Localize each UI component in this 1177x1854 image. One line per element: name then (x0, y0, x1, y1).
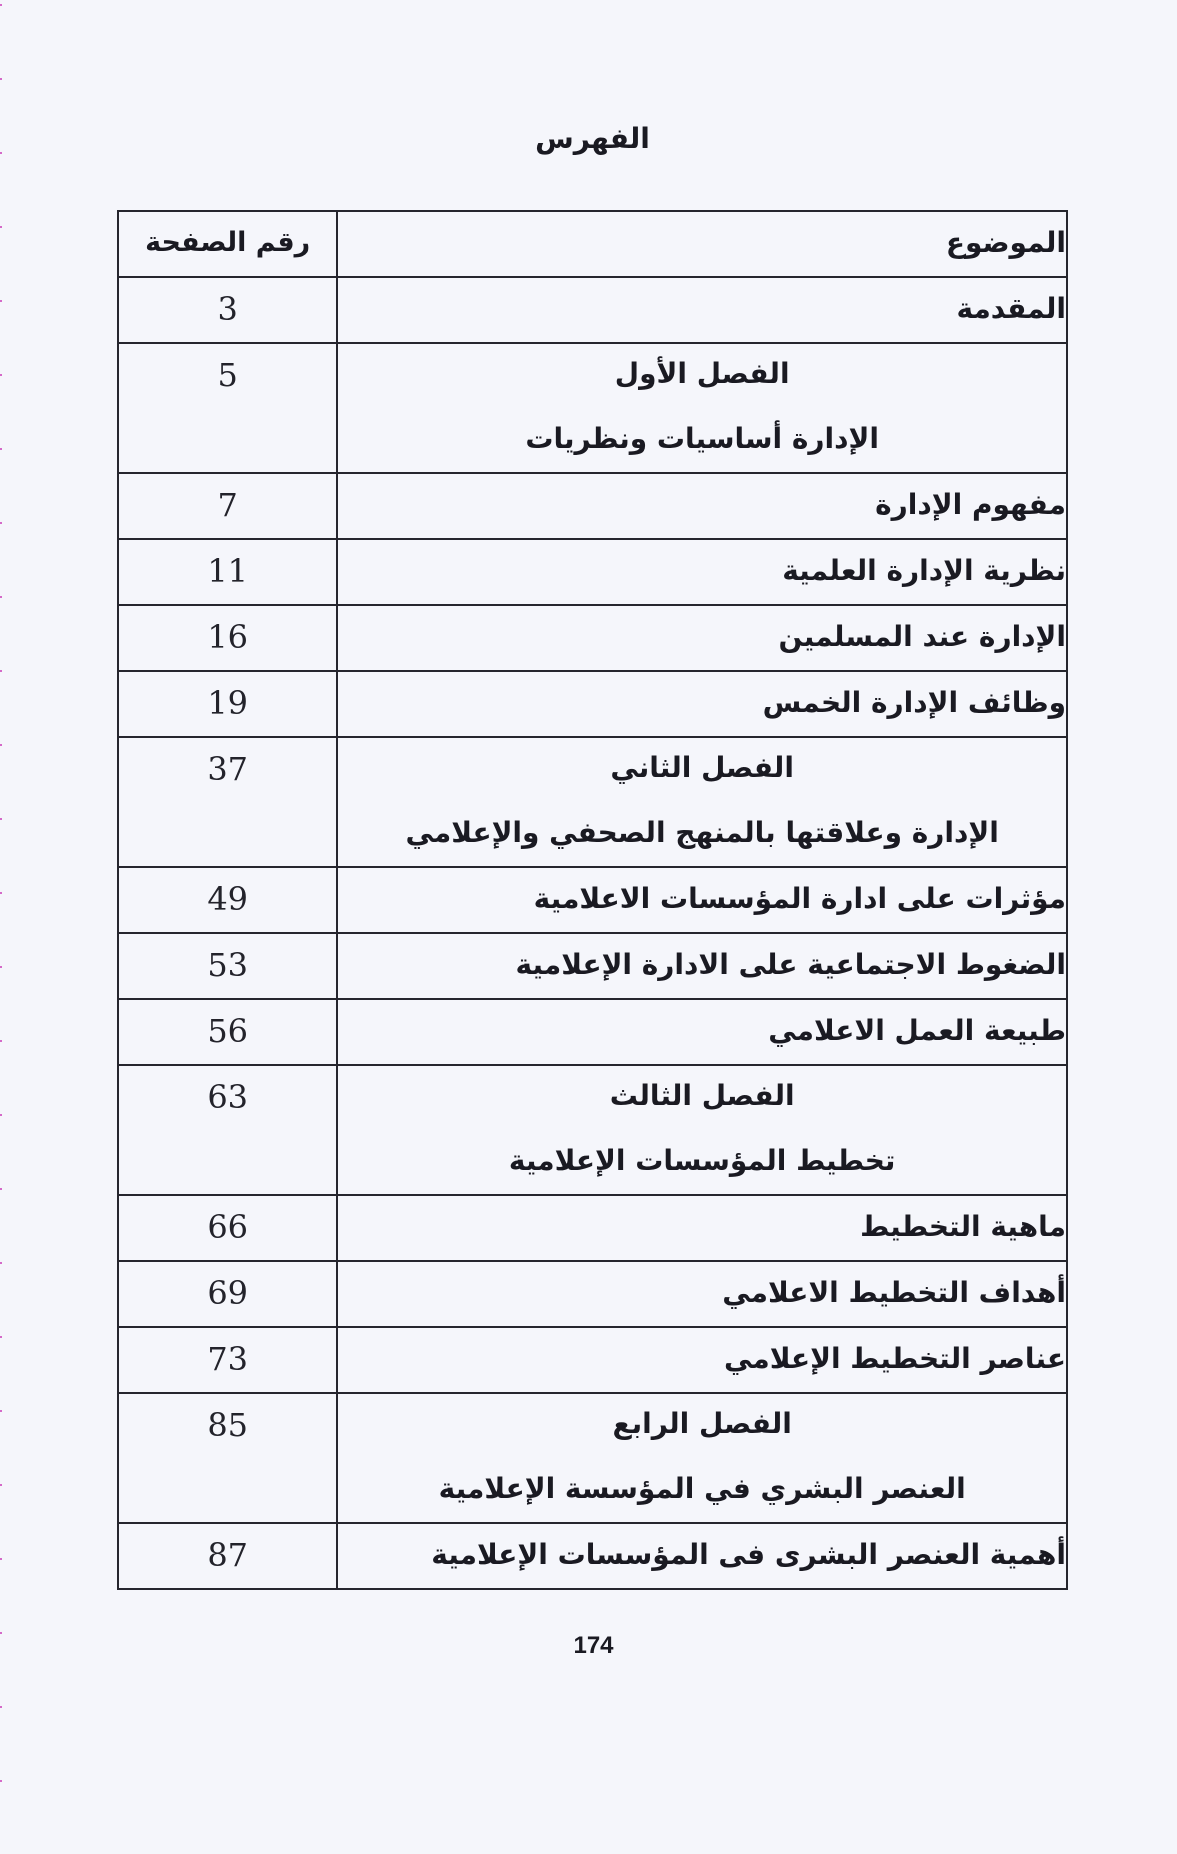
table-row: أهداف التخطيط الاعلامي 69 (118, 1261, 1067, 1327)
scan-edge-mark (0, 4, 2, 6)
scan-edge-mark (0, 448, 2, 450)
scan-edge-mark (0, 892, 2, 894)
topic-cell: الإدارة عند المسلمين (337, 605, 1067, 671)
scan-edge-mark (0, 300, 2, 302)
chapter-label: الفصل الأول (338, 344, 1066, 408)
chapter-cell: الفصل الثالث تخطيط المؤسسات الإعلامية (337, 1065, 1067, 1195)
page-cell: 87 (118, 1523, 337, 1589)
topic-cell: عناصر التخطيط الإعلامي (337, 1327, 1067, 1393)
page-cell: 56 (118, 999, 337, 1065)
scan-edge-mark (0, 522, 2, 524)
scan-edge-mark (0, 374, 2, 376)
chapter-cell: الفصل الثاني الإدارة وعلاقتها بالمنهج ال… (337, 737, 1067, 867)
chapter-row: الفصل الثالث تخطيط المؤسسات الإعلامية 63 (118, 1065, 1067, 1195)
topic-cell: طبيعة العمل الاعلامي (337, 999, 1067, 1065)
page-cell: 69 (118, 1261, 337, 1327)
scan-edge-mark (0, 78, 2, 80)
scan-edge-mark (0, 1706, 2, 1708)
table-row: عناصر التخطيط الإعلامي 73 (118, 1327, 1067, 1393)
topic-cell: الضغوط الاجتماعية على الادارة الإعلامية (337, 933, 1067, 999)
scan-edge-mark (0, 1040, 2, 1042)
chapter-title: العنصر البشري في المؤسسة الإعلامية (338, 1458, 1066, 1522)
scan-edge-mark (0, 1336, 2, 1338)
scan-edge-mark (0, 1410, 2, 1412)
column-header-topic: الموضوع (337, 211, 1067, 277)
chapter-title: تخطيط المؤسسات الإعلامية (338, 1130, 1066, 1194)
page-cell: 5 (118, 343, 337, 473)
topic-cell: أهداف التخطيط الاعلامي (337, 1261, 1067, 1327)
chapter-label: الفصل الثاني (338, 738, 1066, 802)
chapter-title: الإدارة أساسيات ونظريات (338, 408, 1066, 472)
topic-cell: مفهوم الإدارة (337, 473, 1067, 539)
chapter-cell: الفصل الرابع العنصر البشري في المؤسسة ال… (337, 1393, 1067, 1523)
page-cell: 3 (118, 277, 337, 343)
page-cell: 37 (118, 737, 337, 867)
scan-edge-mark (0, 818, 2, 820)
page-cell: 11 (118, 539, 337, 605)
scan-edge-mark (0, 226, 2, 228)
chapter-cell: الفصل الأول الإدارة أساسيات ونظريات (337, 343, 1067, 473)
table-row: مؤثرات على ادارة المؤسسات الاعلامية 49 (118, 867, 1067, 933)
scan-edge-mark (0, 1262, 2, 1264)
chapter-row: الفصل الثاني الإدارة وعلاقتها بالمنهج ال… (118, 737, 1067, 867)
table-row: الإدارة عند المسلمين 16 (118, 605, 1067, 671)
page-cell: 7 (118, 473, 337, 539)
page-title: الفهرس (0, 122, 1177, 155)
page-cell: 73 (118, 1327, 337, 1393)
scan-edge-mark (0, 596, 2, 598)
page-cell: 53 (118, 933, 337, 999)
table-row: الضغوط الاجتماعية على الادارة الإعلامية … (118, 933, 1067, 999)
page-cell: 16 (118, 605, 337, 671)
table-row: نظرية الإدارة العلمية 11 (118, 539, 1067, 605)
chapter-row: الفصل الرابع العنصر البشري في المؤسسة ال… (118, 1393, 1067, 1523)
page-cell: 66 (118, 1195, 337, 1261)
chapter-label: الفصل الرابع (338, 1394, 1066, 1458)
table-row: ماهية التخطيط 66 (118, 1195, 1067, 1261)
table-row: طبيعة العمل الاعلامي 56 (118, 999, 1067, 1065)
table-header-row: الموضوع رقم الصفحة (118, 211, 1067, 277)
topic-cell: المقدمة (337, 277, 1067, 343)
table-of-contents: الموضوع رقم الصفحة المقدمة 3 الفصل الأول… (117, 210, 1068, 1590)
chapter-label: الفصل الثالث (338, 1066, 1066, 1130)
scan-edge-mark (0, 1114, 2, 1116)
table-row: المقدمة 3 (118, 277, 1067, 343)
topic-cell: مؤثرات على ادارة المؤسسات الاعلامية (337, 867, 1067, 933)
page-cell: 85 (118, 1393, 337, 1523)
page-cell: 49 (118, 867, 337, 933)
topic-cell: وظائف الإدارة الخمس (337, 671, 1067, 737)
scan-edge-mark (0, 670, 2, 672)
table-row: مفهوم الإدارة 7 (118, 473, 1067, 539)
scan-edge-mark (0, 1484, 2, 1486)
page-cell: 19 (118, 671, 337, 737)
scan-edge-mark (0, 966, 2, 968)
scan-edge-mark (0, 1558, 2, 1560)
table-row: أهمية العنصر البشرى فى المؤسسات الإعلامي… (118, 1523, 1067, 1589)
scan-edge-mark (0, 1780, 2, 1782)
column-header-page: رقم الصفحة (118, 211, 337, 277)
page-cell: 63 (118, 1065, 337, 1195)
chapter-row: الفصل الأول الإدارة أساسيات ونظريات 5 (118, 343, 1067, 473)
topic-cell: ماهية التخطيط (337, 1195, 1067, 1261)
page-number: 174 (0, 1632, 1177, 1660)
chapter-title: الإدارة وعلاقتها بالمنهج الصحفي والإعلام… (338, 802, 1066, 866)
topic-cell: نظرية الإدارة العلمية (337, 539, 1067, 605)
topic-cell: أهمية العنصر البشرى فى المؤسسات الإعلامي… (337, 1523, 1067, 1589)
scan-edge-mark (0, 1188, 2, 1190)
table-row: وظائف الإدارة الخمس 19 (118, 671, 1067, 737)
scan-edge-mark (0, 744, 2, 746)
